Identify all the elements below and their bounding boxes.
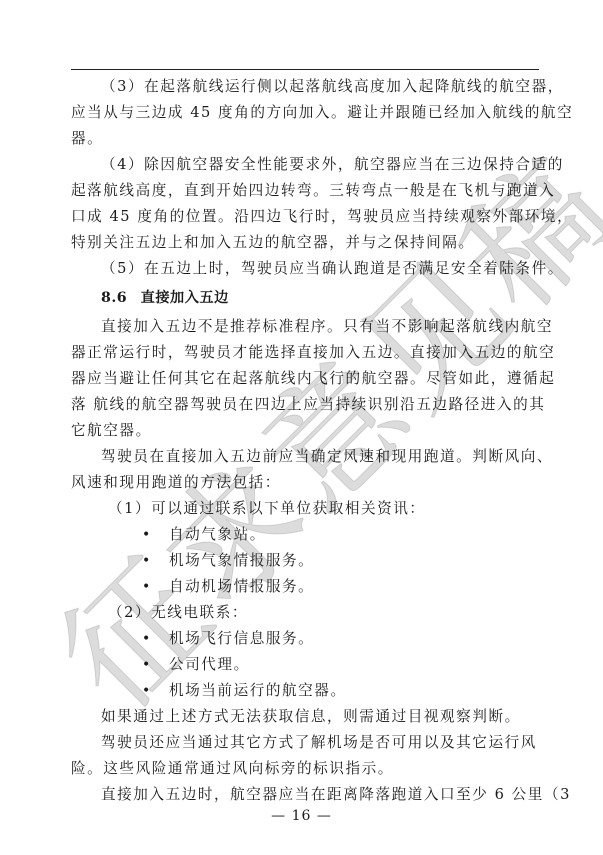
list-item-text: 机场当前运行的航空器。	[169, 682, 347, 699]
list-item: • 机场气象情报服务。	[71, 548, 541, 574]
section-title: 直接加入五边	[141, 290, 229, 306]
text-line: 器应当避让任何其它在起落航线内飞行的航空器。尽管如此，遵循起	[71, 366, 541, 392]
list-item-text: 自动机场情报服务。	[169, 578, 314, 595]
text-line: 如果通过上述方式无法获取信息，则需通过目视观察判断。	[71, 704, 541, 730]
list-item: • 机场飞行信息服务。	[71, 626, 541, 652]
list-item: • 自动机场情报服务。	[71, 574, 541, 600]
list-item-text: 机场气象情报服务。	[169, 552, 314, 569]
bullet-icon: •	[142, 522, 152, 548]
paragraph-other-risks: 驾驶员还应当通过其它方式了解机场是否可用以及其它运行风 险。这些风险通常通过风向…	[71, 730, 541, 782]
paragraph-visual: 如果通过上述方式无法获取信息，则需通过目视观察判断。	[71, 704, 541, 730]
text-line: 器。	[71, 126, 541, 152]
list-title: （2）无线电联系：	[71, 600, 541, 626]
text-line: 直接加入五边时，航空器应当在距离降落跑道入口至少 6 公里（3	[71, 782, 541, 808]
text-line: （4）除因航空器安全性能要求外，航空器应当在三边保持合适的	[71, 152, 541, 178]
text-line: 它航空器。	[71, 418, 541, 444]
text-line: 驾驶员还应当通过其它方式了解机场是否可用以及其它运行风	[71, 730, 541, 756]
list-title: （1）可以通过联系以下单位获取相关资讯：	[71, 496, 541, 522]
text-line: 直接加入五边不是推荐标准程序。只有当不影响起落航线内航空	[71, 314, 541, 340]
text-line: （5）在五边上时，驾驶员应当确认跑道是否满足安全着陆条件。	[71, 256, 541, 282]
list-item: • 机场当前运行的航空器。	[71, 678, 541, 704]
paragraph-intro: 直接加入五边不是推荐标准程序。只有当不影响起落航线内航空 器正常运行时，驾驶员才…	[71, 314, 541, 444]
page-number: — 16 —	[0, 808, 603, 824]
document-page: 征 求 意 见 稿 （3）在起落航线运行侧以起落航线高度加入起降航线的航空器， …	[0, 0, 603, 855]
text-line: 风速和现用跑道的方法包括：	[71, 470, 541, 496]
section-heading: 8.6 直接加入五边	[71, 282, 541, 314]
document-body: （3）在起落航线运行侧以起落航线高度加入起降航线的航空器， 应当从与三边成 45…	[71, 74, 541, 808]
paragraph-item-5: （5）在五边上时，驾驶员应当确认跑道是否满足安全着陆条件。	[71, 256, 541, 282]
text-line: 驾驶员在直接加入五边前应当确定风速和现用跑道。判断风向、	[71, 444, 541, 470]
list-item-text: 公司代理。	[169, 656, 250, 673]
text-line: 起落航线高度，直到开始四边转弯。三转弯点一般是在飞机与跑道入	[71, 178, 541, 204]
header-rule	[71, 69, 539, 70]
list-item: • 公司代理。	[71, 652, 541, 678]
list-radio-contact: （2）无线电联系： • 机场飞行信息服务。 • 公司代理。 • 机场当前运行的航…	[71, 600, 541, 704]
section-number: 8.6	[101, 290, 127, 306]
list-weather-sources: （1）可以通过联系以下单位获取相关资讯： • 自动气象站。 • 机场气象情报服务…	[71, 496, 541, 600]
bullet-icon: •	[142, 548, 152, 574]
list-item-text: 自动气象站。	[169, 526, 266, 543]
text-line: 险。这些风险通常通过风向标旁的标识指示。	[71, 756, 541, 782]
paragraph-wind: 驾驶员在直接加入五边前应当确定风速和现用跑道。判断风向、 风速和现用跑道的方法包…	[71, 444, 541, 496]
text-line: 应当从与三边成 45 度角的方向加入。避让并跟随已经加入航线的航空	[71, 100, 541, 126]
text-line: 口成 45 度角的位置。沿四边飞行时，驾驶员应当持续观察外部环境，	[71, 204, 541, 230]
bullet-icon: •	[142, 626, 152, 652]
list-item-text: 机场飞行信息服务。	[169, 630, 314, 647]
bullet-icon: •	[142, 652, 152, 678]
paragraph-final: 直接加入五边时，航空器应当在距离降落跑道入口至少 6 公里（3	[71, 782, 541, 808]
bullet-icon: •	[142, 574, 152, 600]
text-line: （3）在起落航线运行侧以起落航线高度加入起降航线的航空器，	[71, 74, 541, 100]
paragraph-item-4: （4）除因航空器安全性能要求外，航空器应当在三边保持合适的 起落航线高度，直到开…	[71, 152, 541, 256]
text-line: 落 航线的航空器驾驶员在四边上应当持续识别沿五边路径进入的其	[71, 392, 541, 418]
list-item: • 自动气象站。	[71, 522, 541, 548]
bullet-icon: •	[142, 678, 152, 704]
text-line: 特别关注五边上和加入五边的航空器，并与之保持间隔。	[71, 230, 541, 256]
paragraph-item-3: （3）在起落航线运行侧以起落航线高度加入起降航线的航空器， 应当从与三边成 45…	[71, 74, 541, 152]
text-line: 器正常运行时，驾驶员才能选择直接加入五边。直接加入五边的航空	[71, 340, 541, 366]
